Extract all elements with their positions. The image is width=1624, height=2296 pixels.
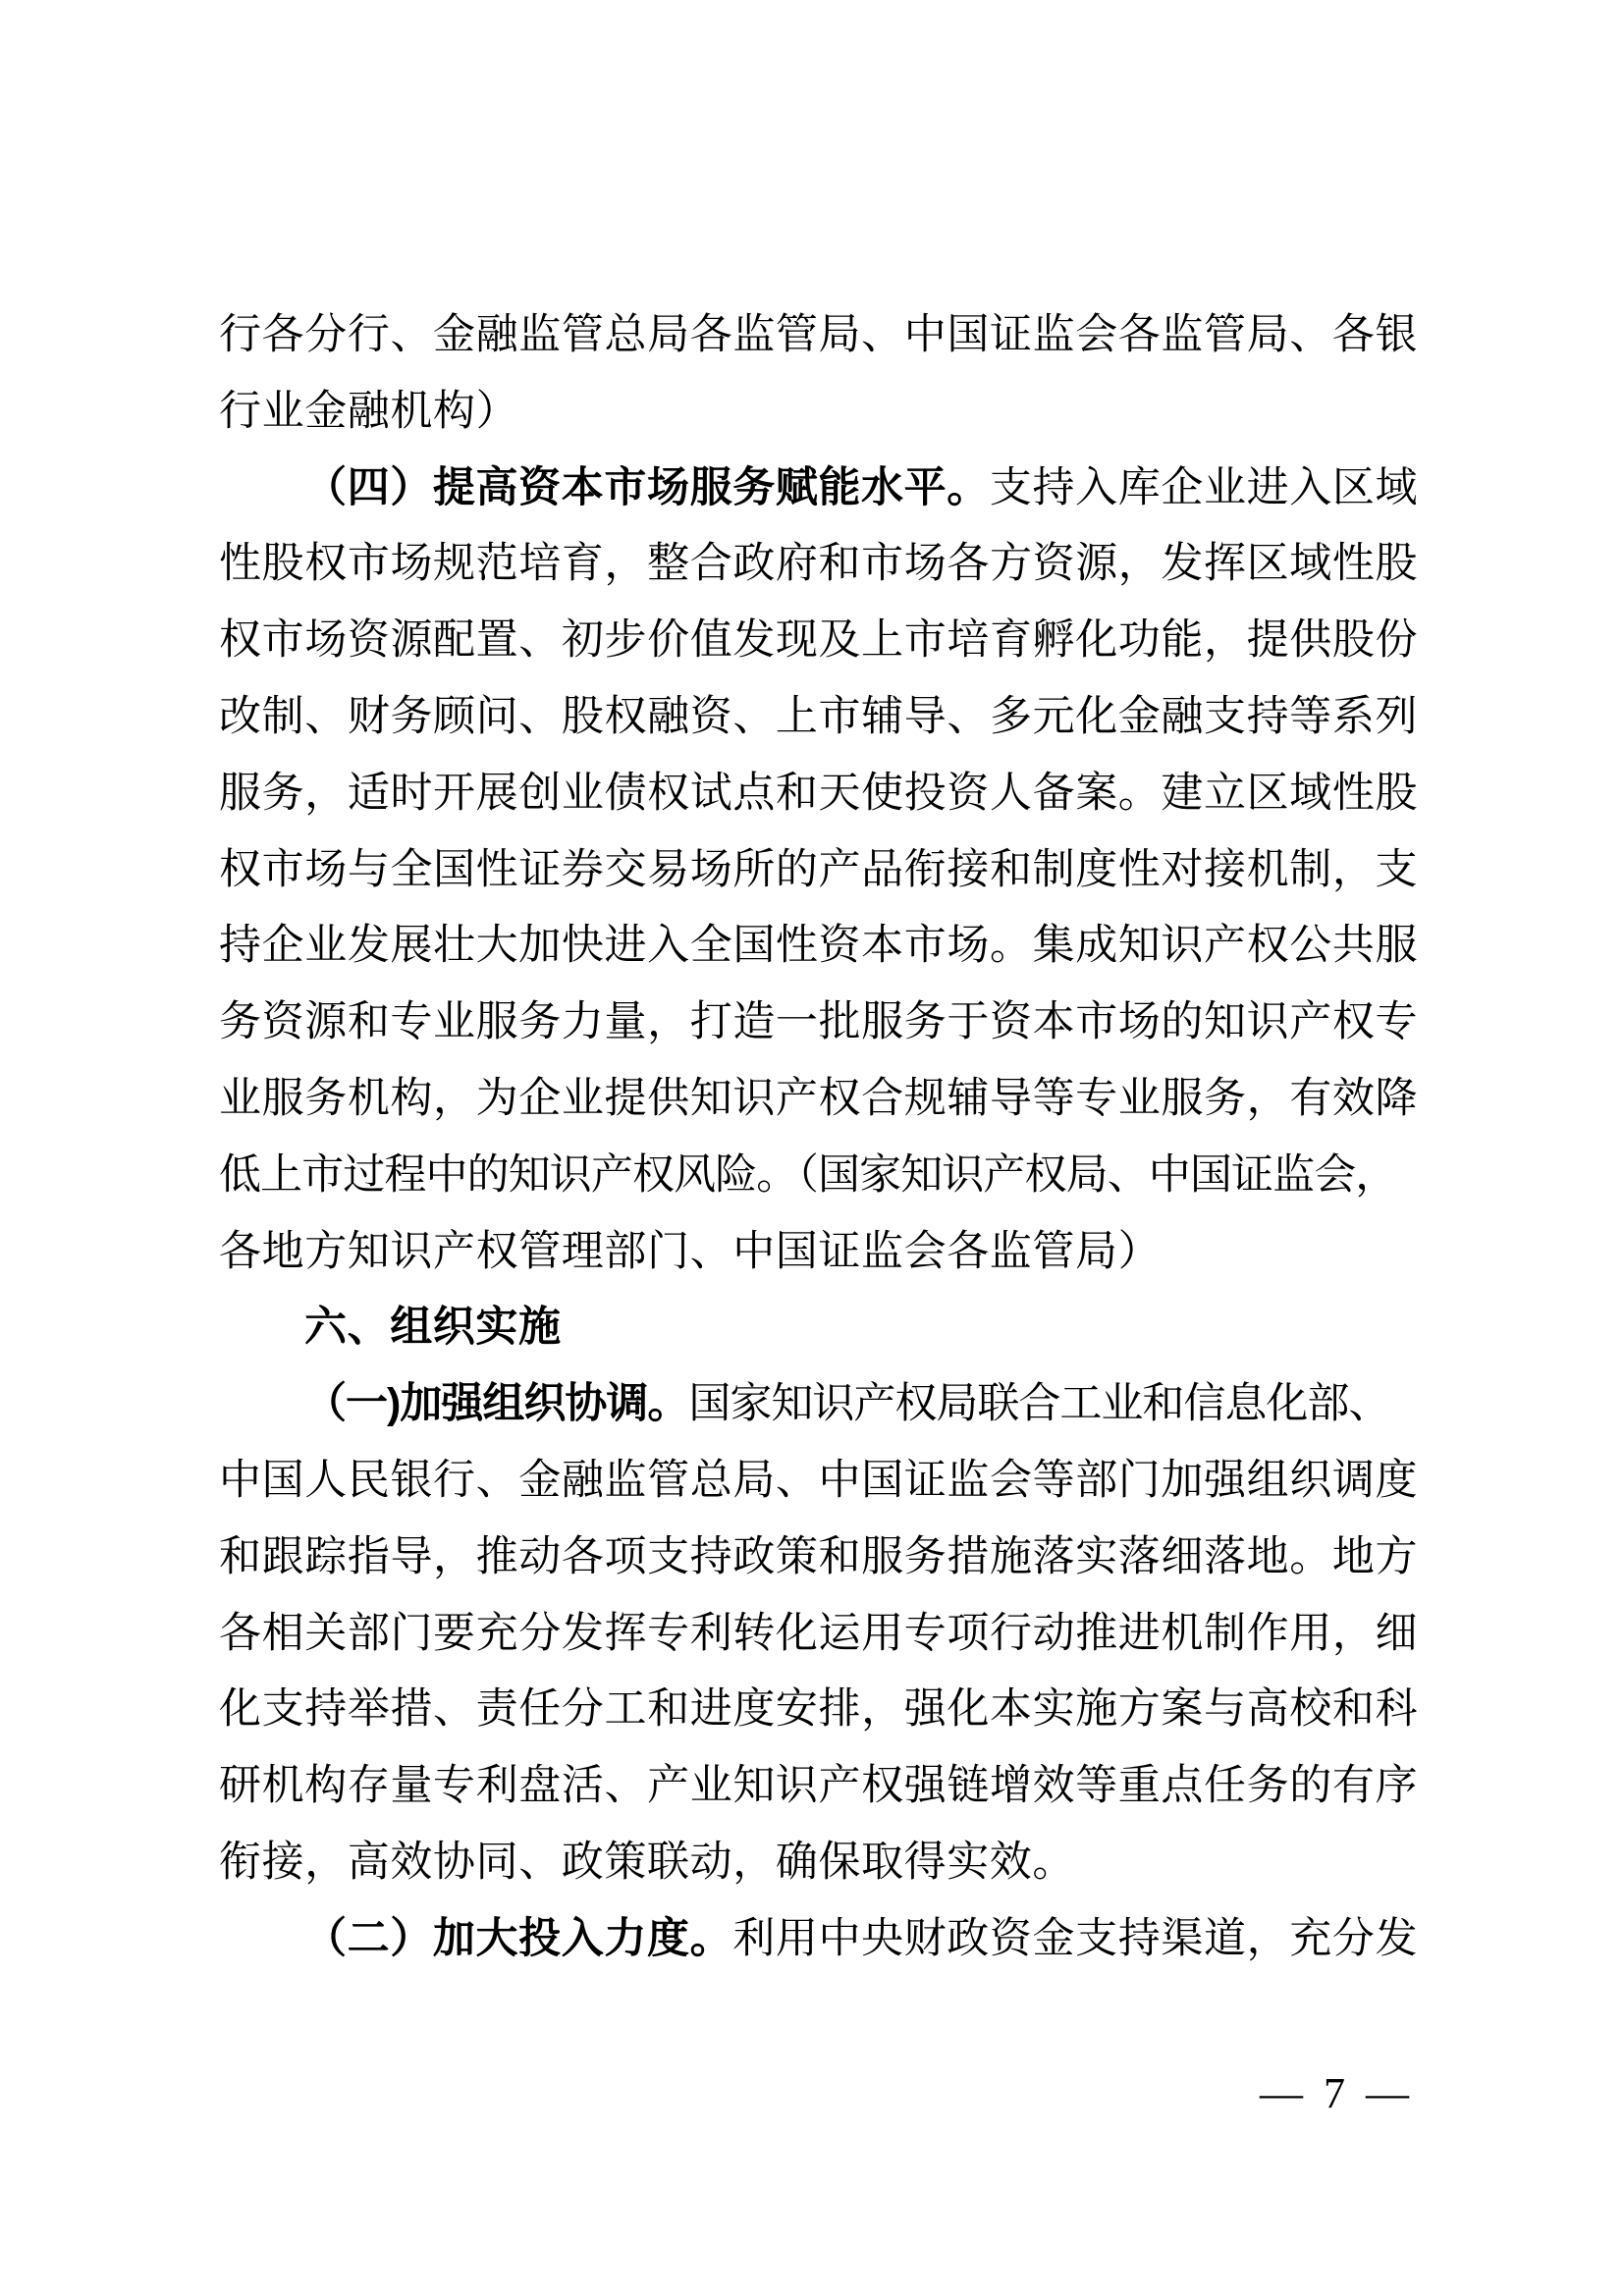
text-line: 业服务机构，为企业提供知识产权合规辅导等专业服务，有效降 [219, 1061, 1418, 1138]
line-text: 行各分行、金融监管总局各监管局、中国证监会各监管局、各银 [219, 312, 1418, 358]
line-text: 业服务机构，为企业提供知识产权合规辅导等专业服务，有效降 [219, 1076, 1418, 1122]
text-line: 行各分行、金融监管总局各监管局、中国证监会各监管局、各银 [219, 297, 1418, 374]
text-line: 性股权市场规范培育，整合政府和市场各方资源，发挥区域性股 [219, 526, 1418, 603]
line-text: 化支持举措、责任分工和进度安排，强化本实施方案与高校和科 [219, 1686, 1418, 1733]
line-text: 支持入库企业进入区域 [990, 465, 1418, 511]
line-text: 各相关部门要充分发挥专利转化运用专项行动推进机制作用，细 [219, 1611, 1418, 1657]
line-text: 持企业发展壮大加快进入全国性资本市场。集成知识产权公共服 [219, 923, 1418, 969]
text-line: 持企业发展壮大加快进入全国性资本市场。集成知识产权公共服 [219, 908, 1418, 985]
page-footer: — 7 — [1260, 2064, 1414, 2123]
line-text: 改制、财务顾问、股权融资、上市辅导、多元化金融支持等系列 [219, 694, 1418, 740]
text-line: 衔接，高效协同、政策联动，确保取得实效。 [219, 1825, 1418, 1901]
text-line: 各相关部门要充分发挥专利转化运用专项行动推进机制作用，细 [219, 1596, 1418, 1673]
heading-text: 六、组织实施 [304, 1304, 562, 1351]
line-text: 服务，适时开展创业债权试点和天使投资人备案。建立区域性股 [219, 771, 1418, 817]
line-text: 国家知识产权局联合工业和信息化部、 [688, 1381, 1389, 1427]
text-line: 中国人民银行、金融监管总局、中国证监会等部门加强组织调度 [219, 1443, 1418, 1520]
line-text: 各地方知识产权管理部门、中国证监会各监管局） [219, 1229, 1161, 1275]
line-text: 务资源和专业服务力量，打造一批服务于资本市场的知识产权专 [219, 999, 1418, 1045]
text-line: 权市场资源配置、初步价值发现及上市培育孵化功能，提供股份 [219, 603, 1418, 679]
line-text: 权市场资源配置、初步价值发现及上市培育孵化功能，提供股份 [219, 617, 1418, 664]
line-text: 低上市过程中的知识产权风险。（国家知识产权局、中国证监会， [219, 1152, 1396, 1199]
line-text: 行业金融机构） [219, 389, 518, 435]
line-text: 中国人民银行、金融监管总局、中国证监会等部门加强组织调度 [219, 1458, 1418, 1504]
text-line: （二）加大投入力度。利用中央财政资金支持渠道，充分发 [219, 1901, 1418, 1978]
text-line: （一)加强组织协调。国家知识产权局联合工业和信息化部、 [219, 1366, 1418, 1443]
text-line: 低上市过程中的知识产权风险。（国家知识产权局、中国证监会， [219, 1138, 1418, 1214]
line-text: 性股权市场规范培育，整合政府和市场各方资源，发挥区域性股 [219, 541, 1418, 587]
line-text: 研机构存量专利盘活、产业知识产权强链增效等重点任务的有序 [219, 1763, 1418, 1809]
document-page: 行各分行、金融监管总局各监管局、中国证监会各监管局、各银 行业金融机构） （四）… [0, 0, 1624, 2296]
paragraph-lead-bold: （一)加强组织协调。 [304, 1380, 688, 1427]
text-line: 各地方知识产权管理部门、中国证监会各监管局） [219, 1214, 1418, 1291]
text-line: （四）提高资本市场服务赋能水平。支持入库企业进入区域 [219, 451, 1418, 527]
text-line: 和跟踪指导，推动各项支持政策和服务措施落实落细落地。地方 [219, 1520, 1418, 1596]
line-text: 权市场与全国性证券交易场所的产品衔接和制度性对接机制，支 [219, 847, 1418, 893]
line-text: 和跟踪指导，推动各项支持政策和服务措施落实落细落地。地方 [219, 1534, 1418, 1580]
document-body: 行各分行、金融监管总局各监管局、中国证监会各监管局、各银 行业金融机构） （四）… [219, 297, 1418, 1978]
text-line: 行业金融机构） [219, 374, 1418, 451]
text-line: 服务，适时开展创业债权试点和天使投资人备案。建立区域性股 [219, 756, 1418, 832]
line-text: 衔接，高效协同、政策联动，确保取得实效。 [219, 1840, 1075, 1886]
text-line: 务资源和专业服务力量，打造一批服务于资本市场的知识产权专 [219, 985, 1418, 1061]
section-heading: 六、组织实施 [219, 1290, 1418, 1366]
paragraph-lead-bold: （四）提高资本市场服务赋能水平。 [304, 464, 990, 511]
paragraph-lead-bold: （二）加大投入力度。 [304, 1915, 732, 1962]
line-text: 利用中央财政资金支持渠道，充分发 [732, 1916, 1418, 1962]
text-line: 化支持举措、责任分工和进度安排，强化本实施方案与高校和科 [219, 1672, 1418, 1748]
page-number: — 7 — [1260, 2069, 1414, 2117]
text-line: 研机构存量专利盘活、产业知识产权强链增效等重点任务的有序 [219, 1748, 1418, 1825]
text-line: 权市场与全国性证券交易场所的产品衔接和制度性对接机制，支 [219, 832, 1418, 909]
text-line: 改制、财务顾问、股权融资、上市辅导、多元化金融支持等系列 [219, 679, 1418, 756]
